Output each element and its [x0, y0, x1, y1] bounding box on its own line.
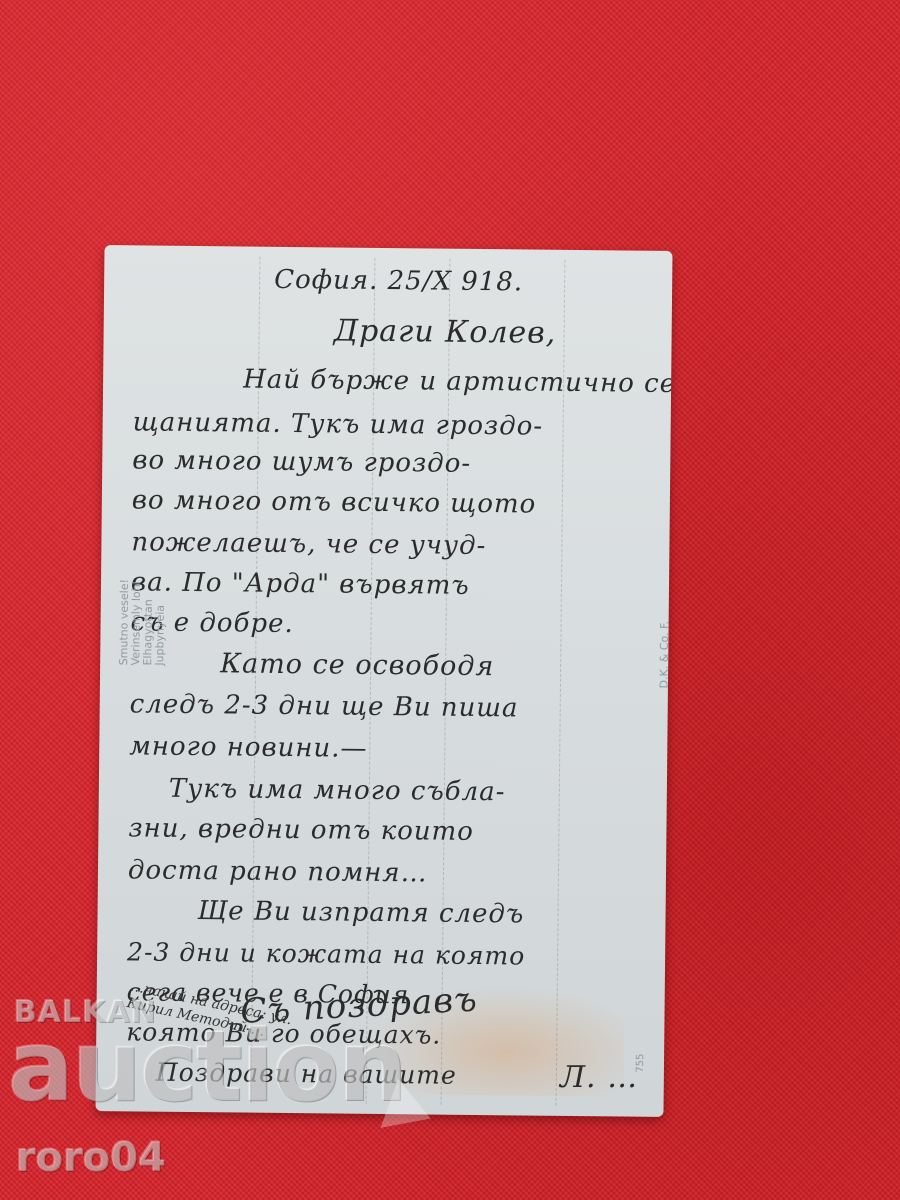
- letter-line: много новини.—: [129, 731, 653, 766]
- letter-line: ва. По "Арда" вървятъ: [131, 567, 655, 602]
- watermark-user: roro04: [16, 1135, 166, 1181]
- letter-line: щанията. Тукъ има гроздо-: [133, 407, 657, 442]
- letter-line: доста рано помня…: [128, 855, 652, 890]
- letter-line: съ е добре.: [130, 607, 654, 642]
- letter-line: зни, вредни отъ които: [128, 813, 652, 848]
- letter-line: Като се освободя: [220, 648, 654, 684]
- letter-line: Ще Ви изпратя следъ: [197, 896, 651, 931]
- letter-line: пожелаешъ, че се учуд-: [131, 527, 655, 562]
- watermark-main: auction: [8, 1010, 406, 1124]
- letter-line: 2-3 дни и кожата на която: [127, 937, 651, 971]
- printed-vertical-caption: Smutno vesele! Verinsemly lohl Elhagyott…: [118, 579, 167, 666]
- letter-line: во много шумъ гроздо-: [132, 445, 656, 480]
- letter-line: Най бърже и артистично се навършихъ поср…: [243, 365, 657, 399]
- signature: Л. …: [560, 1060, 886, 1095]
- greeting: Драги Колев,: [333, 313, 657, 351]
- caption-line: Jupbynyeia: [154, 579, 167, 665]
- letter-line: следъ 2-3 дни ще Ви пиша: [130, 689, 654, 724]
- letter-line: Тукъ има много събла-: [169, 774, 653, 809]
- place-date: София. 25/X 918.: [274, 265, 658, 299]
- letter-line: во много отъ всичко щото: [132, 485, 656, 520]
